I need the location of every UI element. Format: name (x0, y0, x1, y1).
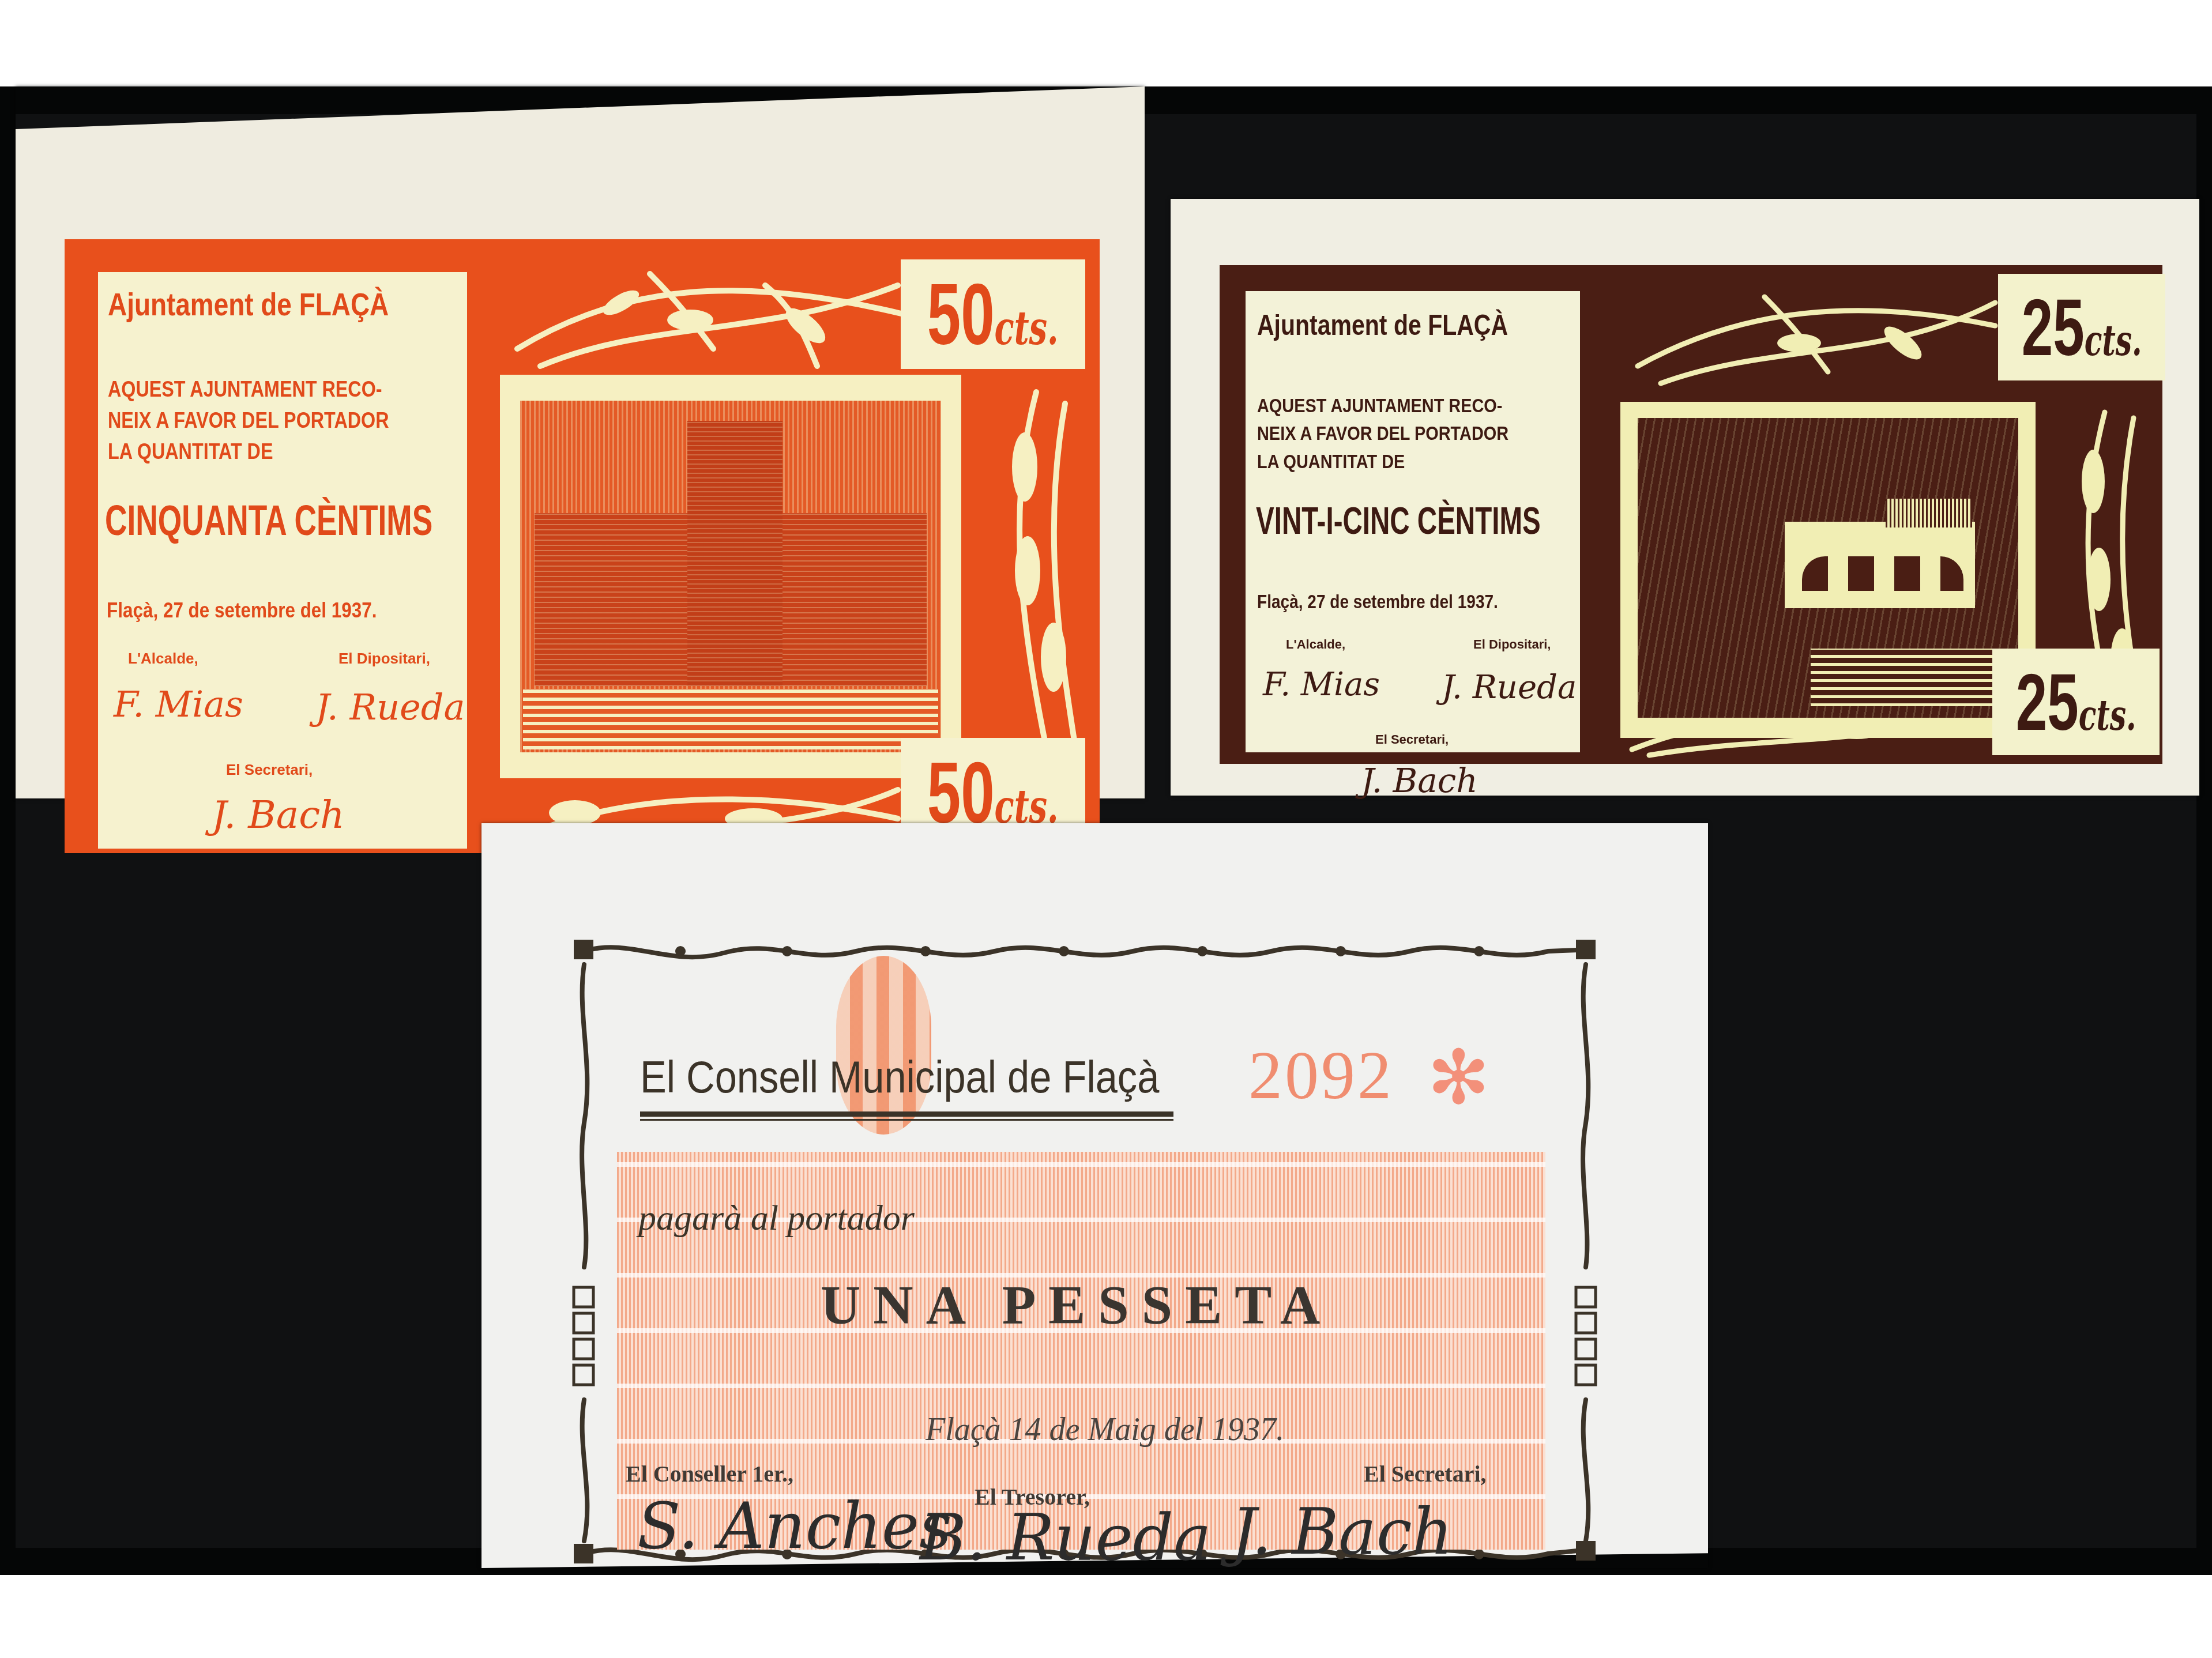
banknote-25-cts: Ajuntament de FLAÇÀ AQUEST AJUNTAMENT RE… (1171, 199, 2199, 796)
banknote-50-cts: Ajuntament de FLAÇÀ AQUEST AJUNTAMENT RE… (16, 86, 1145, 798)
signature-label-alcalde: L'Alcalde, (1286, 637, 1345, 652)
villa-water-reflection (1811, 649, 2007, 706)
note-paragraph: AQUEST AJUNTAMENT RECO- NEIX A FAVOR DEL… (1257, 392, 1508, 476)
signature-dipositari: J. Rueda (1442, 669, 1577, 706)
wheat-ornament-icon (973, 386, 1100, 761)
paragraph-line: NEIX A FAVOR DEL PORTADOR (108, 406, 389, 437)
payable-to-bearer-text: pagarà al portador (638, 1198, 915, 1239)
value-box-bottom: 25cts. (1992, 649, 2160, 755)
signature-secretari: J. Bach (1231, 1495, 1453, 1569)
villa-arches (1802, 556, 1963, 591)
issuer-title: Ajuntament de FLAÇÀ (1257, 308, 1508, 342)
villa-roof (1886, 499, 1972, 527)
value-number: 25 (2016, 657, 2079, 747)
signature-label-secretari: El Secretari, (226, 761, 313, 779)
signature-secretari: J. Bach (1361, 761, 1478, 800)
issue-date: Flaçà 14 de Maig del 1937. (926, 1411, 1284, 1448)
coat-of-arms-icon (836, 956, 931, 1135)
issuer-title: El Consell Municipal de Flaçà (640, 1051, 1159, 1103)
paragraph-line: LA QUANTITAT DE (1257, 448, 1508, 476)
amount-in-words: CINQUANTA CÈNTIMS (105, 496, 432, 545)
value-number: 50 (927, 266, 995, 363)
value-unit: cts. (2079, 691, 2136, 740)
value-unit: cts. (995, 301, 1059, 355)
paragraph-line: LA QUANTITAT DE (108, 437, 389, 468)
signature-dipositari: J. Rueda (315, 686, 465, 728)
signature-label-secretari: El Secretari, (1364, 1460, 1487, 1487)
signature-label-conseller: El Conseller 1er., (626, 1460, 793, 1487)
wheat-ornament-icon (506, 251, 909, 378)
signature-alcalde: F. Mias (1263, 666, 1380, 703)
issue-date: Flaçà, 27 de setembre del 1937. (107, 598, 377, 623)
title-underline-thin (640, 1119, 1173, 1121)
value-number: 25 (2022, 282, 2085, 372)
paragraph-line: AQUEST AJUNTAMENT RECO- (1257, 392, 1508, 420)
amount-in-words: VINT-I-CINC CÈNTIMS (1256, 499, 1541, 542)
paragraph-line: NEIX A FAVOR DEL PORTADOR (1257, 420, 1508, 447)
signature-secretari: J. Bach (212, 793, 345, 837)
signature-label-dipositari: El Dipositari, (338, 650, 430, 668)
issue-date: Flaçà, 27 de setembre del 1937. (1257, 591, 1498, 613)
asterisk-icon: ✻ (1427, 1034, 1490, 1121)
paragraph-line: AQUEST AJUNTAMENT RECO- (108, 375, 389, 406)
note-paragraph: AQUEST AJUNTAMENT RECO- NEIX A FAVOR DEL… (108, 375, 389, 468)
serial-number: 2092 (1248, 1037, 1394, 1115)
signature-label-secretari: El Secretari, (1375, 732, 1449, 747)
value-box-top: 25cts. (1998, 274, 2165, 380)
denomination-text: UNA PESSETA (821, 1273, 1333, 1337)
title-underline (640, 1111, 1173, 1117)
signature-label-alcalde: L'Alcalde, (128, 650, 198, 668)
value-unit: cts. (2085, 316, 2142, 365)
signature-conseller: S. Anches (637, 1489, 952, 1563)
value-box-top: 50cts. (901, 259, 1085, 369)
issuer-title: Ajuntament de FLAÇÀ (108, 285, 389, 323)
signature-tresorer: B. Rueda (920, 1501, 1212, 1574)
signature-alcalde: F. Mias (114, 683, 243, 725)
banknote-1-pesseta: El Consell Municipal de Flaçà 2092 ✻ pag… (481, 823, 1708, 1568)
signature-label-dipositari: El Dipositari, (1473, 637, 1551, 652)
wheat-ornament-icon (1626, 274, 2001, 395)
town-hall-plaza (523, 689, 938, 749)
town-hall-tower (687, 421, 783, 686)
